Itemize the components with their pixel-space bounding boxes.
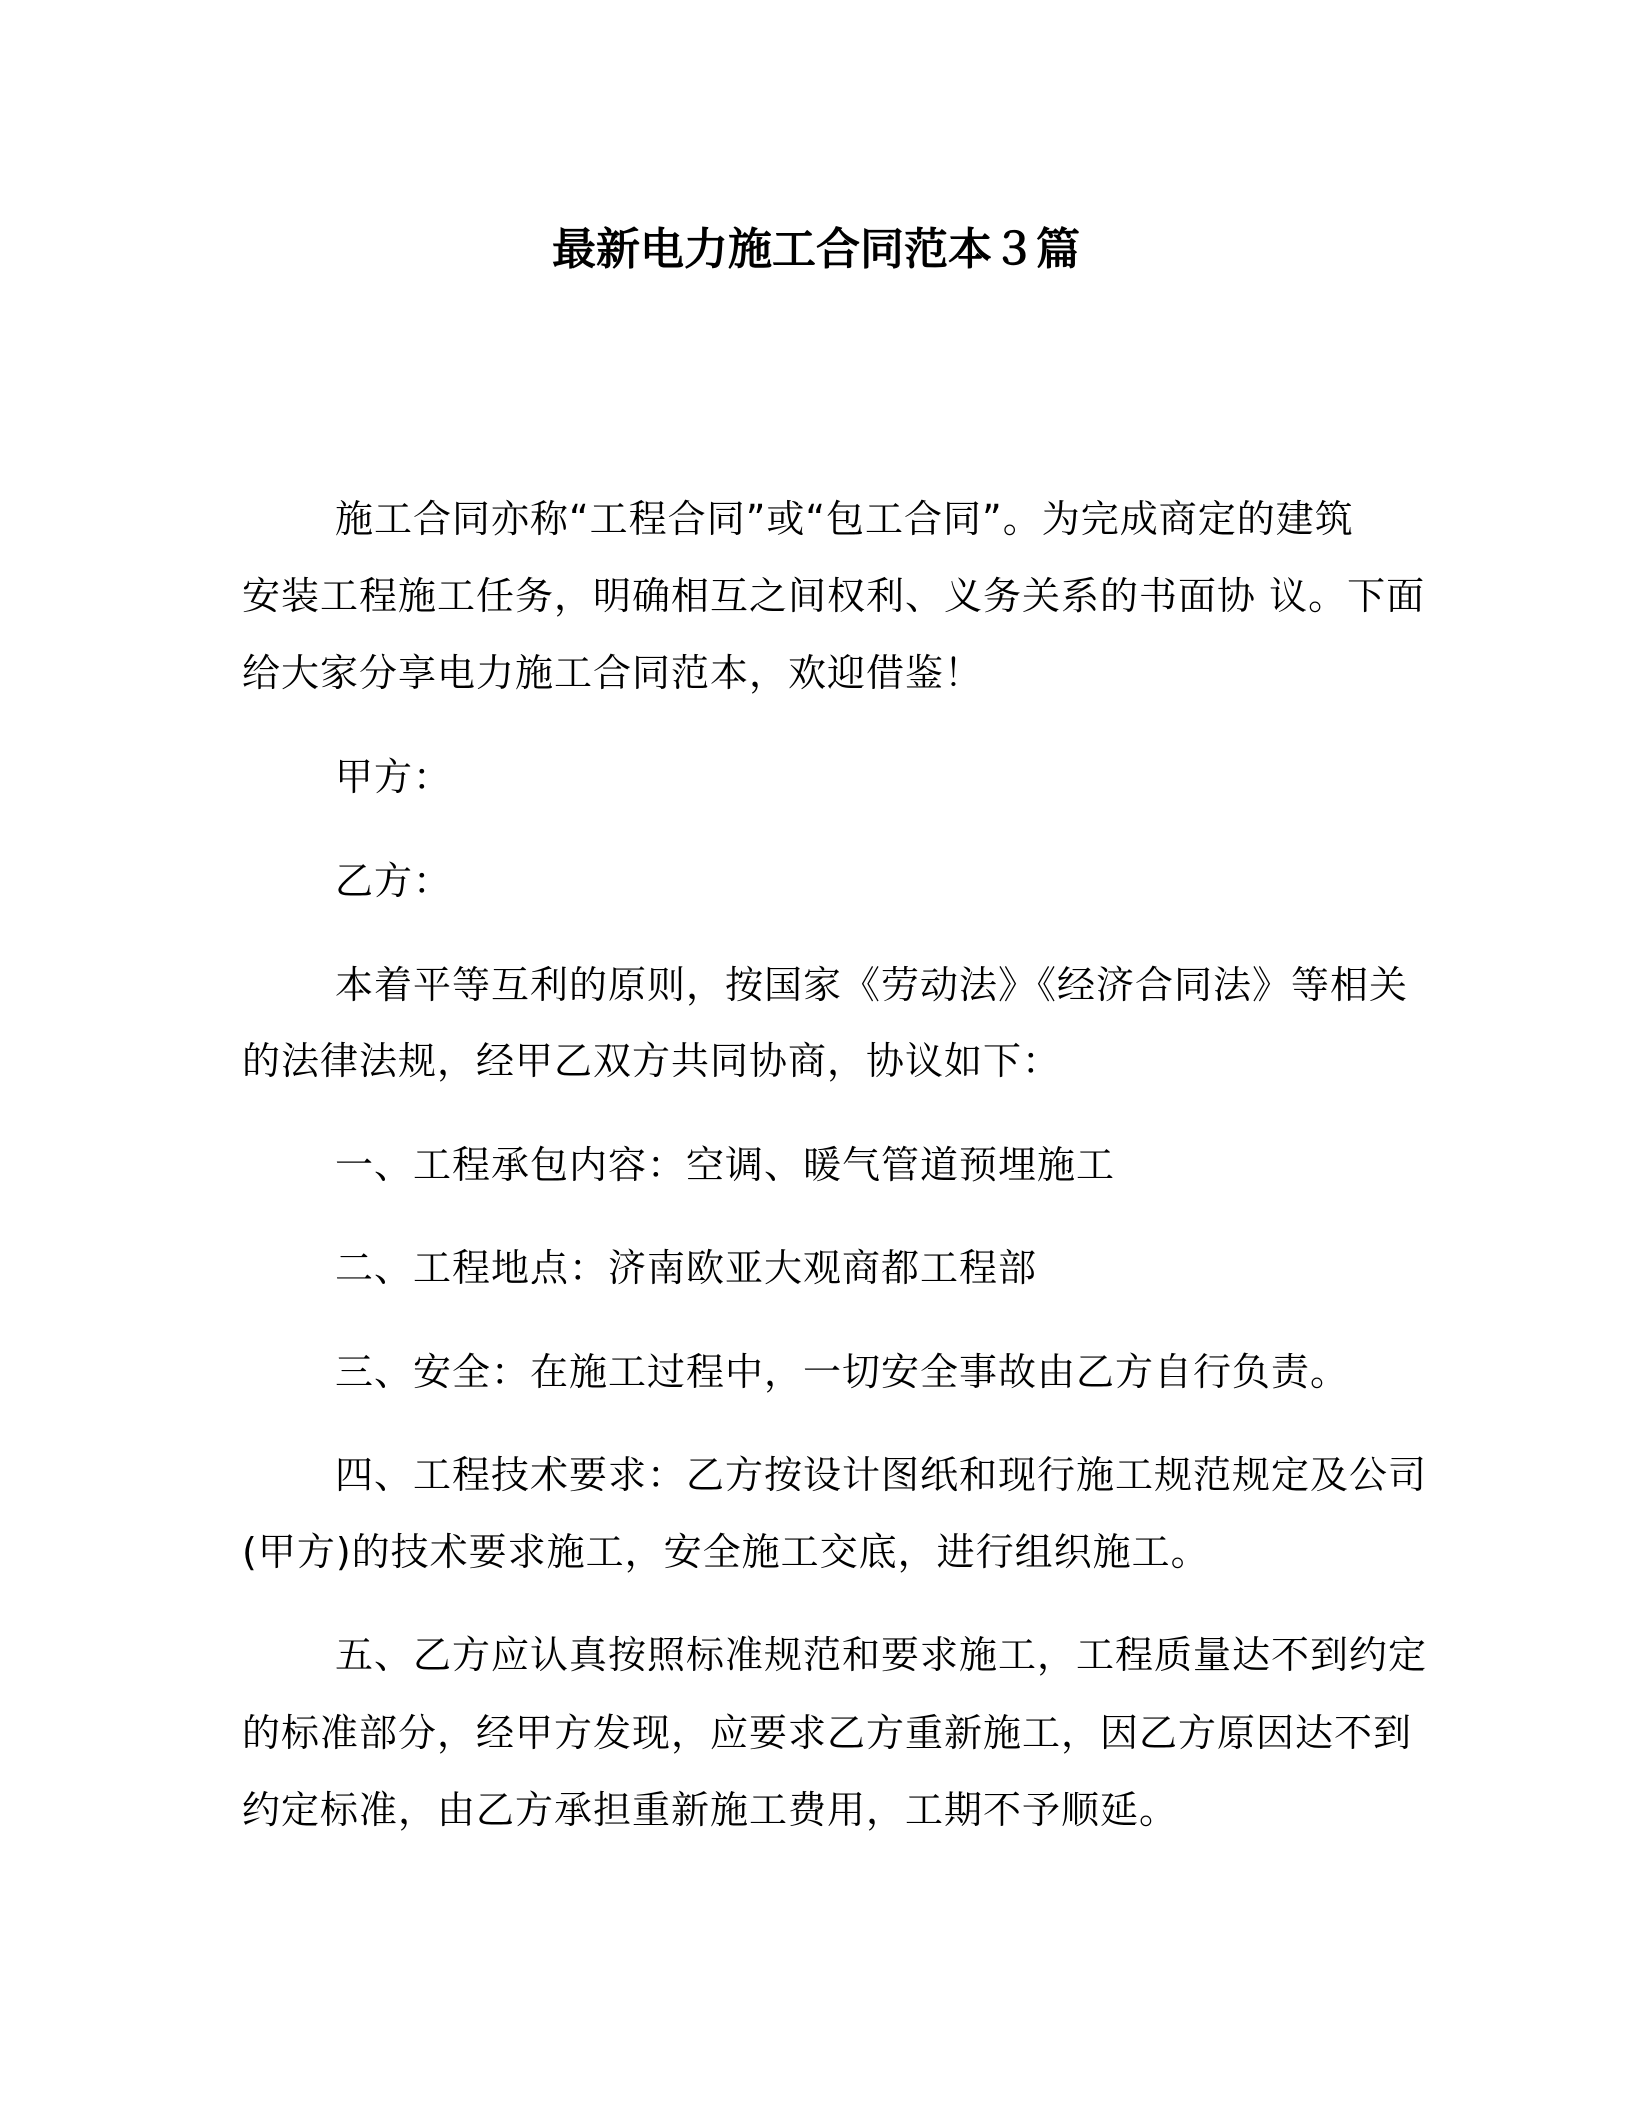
clause-5-line-3: 约定标准，由乙方承担重新施工费用，工期不予顺延。	[242, 1785, 1178, 1835]
clause-4-line-2: (甲方)的技术要求施工，安全施工交底，进行组织施工。	[242, 1527, 1210, 1577]
clause-2: 二、工程地点：济南欧亚大观商都工程部	[335, 1243, 1037, 1293]
intro-line-3: 给大家分享电力施工合同范本，欢迎借鉴！	[242, 648, 983, 698]
document-title: 最新电力施工合同范本３篇	[0, 222, 1632, 278]
clause-3: 三、安全：在施工过程中，一切安全事故由乙方自行负责。	[335, 1347, 1349, 1397]
clause-1: 一、工程承包内容：空调、暖气管道预埋施工	[335, 1140, 1115, 1190]
preamble-line-1: 本着平等互利的原则，按国家《劳动法》《经济合同法》等相关	[335, 960, 1408, 1010]
preamble-line-2: 的法律法规，经甲乙双方共同协商，协议如下：	[242, 1036, 1061, 1086]
intro-line-2: 安装工程施工任务，明确相互之间权利、义务关系的书面协 议。下面	[242, 571, 1425, 621]
clause-5-line-2: 的标准部分，经甲方发现，应要求乙方重新施工，因乙方原因达不到	[242, 1708, 1412, 1758]
clause-4-line-1: 四、工程技术要求：乙方按设计图纸和现行施工规范规定及公司	[335, 1450, 1427, 1500]
party-b-label: 乙方：	[335, 856, 452, 906]
document-page: 最新电力施工合同范本３篇 施工合同亦称“工程合同”或“包工合同”。为完成商定的建…	[0, 0, 1632, 2112]
party-a-label: 甲方：	[335, 752, 452, 802]
intro-line-1: 施工合同亦称“工程合同”或“包工合同”。为完成商定的建筑	[335, 494, 1354, 544]
clause-5-line-1: 五、乙方应认真按照标准规范和要求施工，工程质量达不到约定	[335, 1630, 1427, 1680]
